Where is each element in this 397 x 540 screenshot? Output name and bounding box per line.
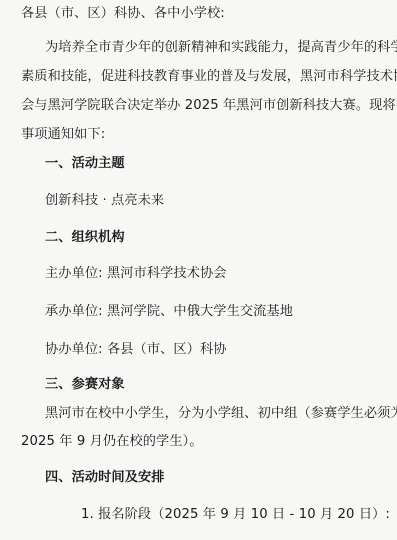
section-heading-participants: 三、参赛对象 bbox=[45, 377, 125, 393]
intro-line-2: 素质和技能，促进科技教育事业的普及与发展，黑河市科学技术协 bbox=[21, 69, 397, 85]
host-unit: 主办单位: 黑河市科学技术协会 bbox=[45, 266, 227, 282]
intro-line-4: 事项通知如下: bbox=[21, 127, 105, 143]
co-organizer-unit: 协办单位: 各县（市、区）科协 bbox=[45, 342, 227, 358]
participants-line-2: 2025 年 9 月仍在校的学生）。 bbox=[21, 434, 203, 450]
section-heading-organization: 二、组织机构 bbox=[45, 230, 125, 246]
intro-line-3: 会与黑河学院联合决定举办 2025 年黑河市创新科技大赛。现将有关 bbox=[21, 98, 397, 114]
intro-line-1: 为培养全市青少年的创新精神和实践能力，提高青少年的科学 bbox=[45, 40, 397, 56]
section-heading-theme: 一、活动主题 bbox=[45, 156, 125, 172]
organizer-unit: 承办单位: 黑河学院、中俄大学生交流基地 bbox=[45, 304, 293, 320]
theme-text: 创新科技 · 点亮未来 bbox=[45, 193, 164, 209]
document-page: 各县（市、区）科协、各中小学校: 为培养全市青少年的创新精神和实践能力，提高青少… bbox=[0, 0, 397, 540]
schedule-item-registration: 1. 报名阶段（2025 年 9 月 10 日 - 10 月 20 日）: bbox=[81, 507, 390, 523]
participants-line-1: 黑河市在校中小学生，分为小学组、初中组（参赛学生必须为 bbox=[45, 406, 397, 422]
salutation: 各县（市、区）科协、各中小学校: bbox=[21, 6, 225, 22]
section-heading-schedule: 四、活动时间及安排 bbox=[45, 470, 165, 486]
